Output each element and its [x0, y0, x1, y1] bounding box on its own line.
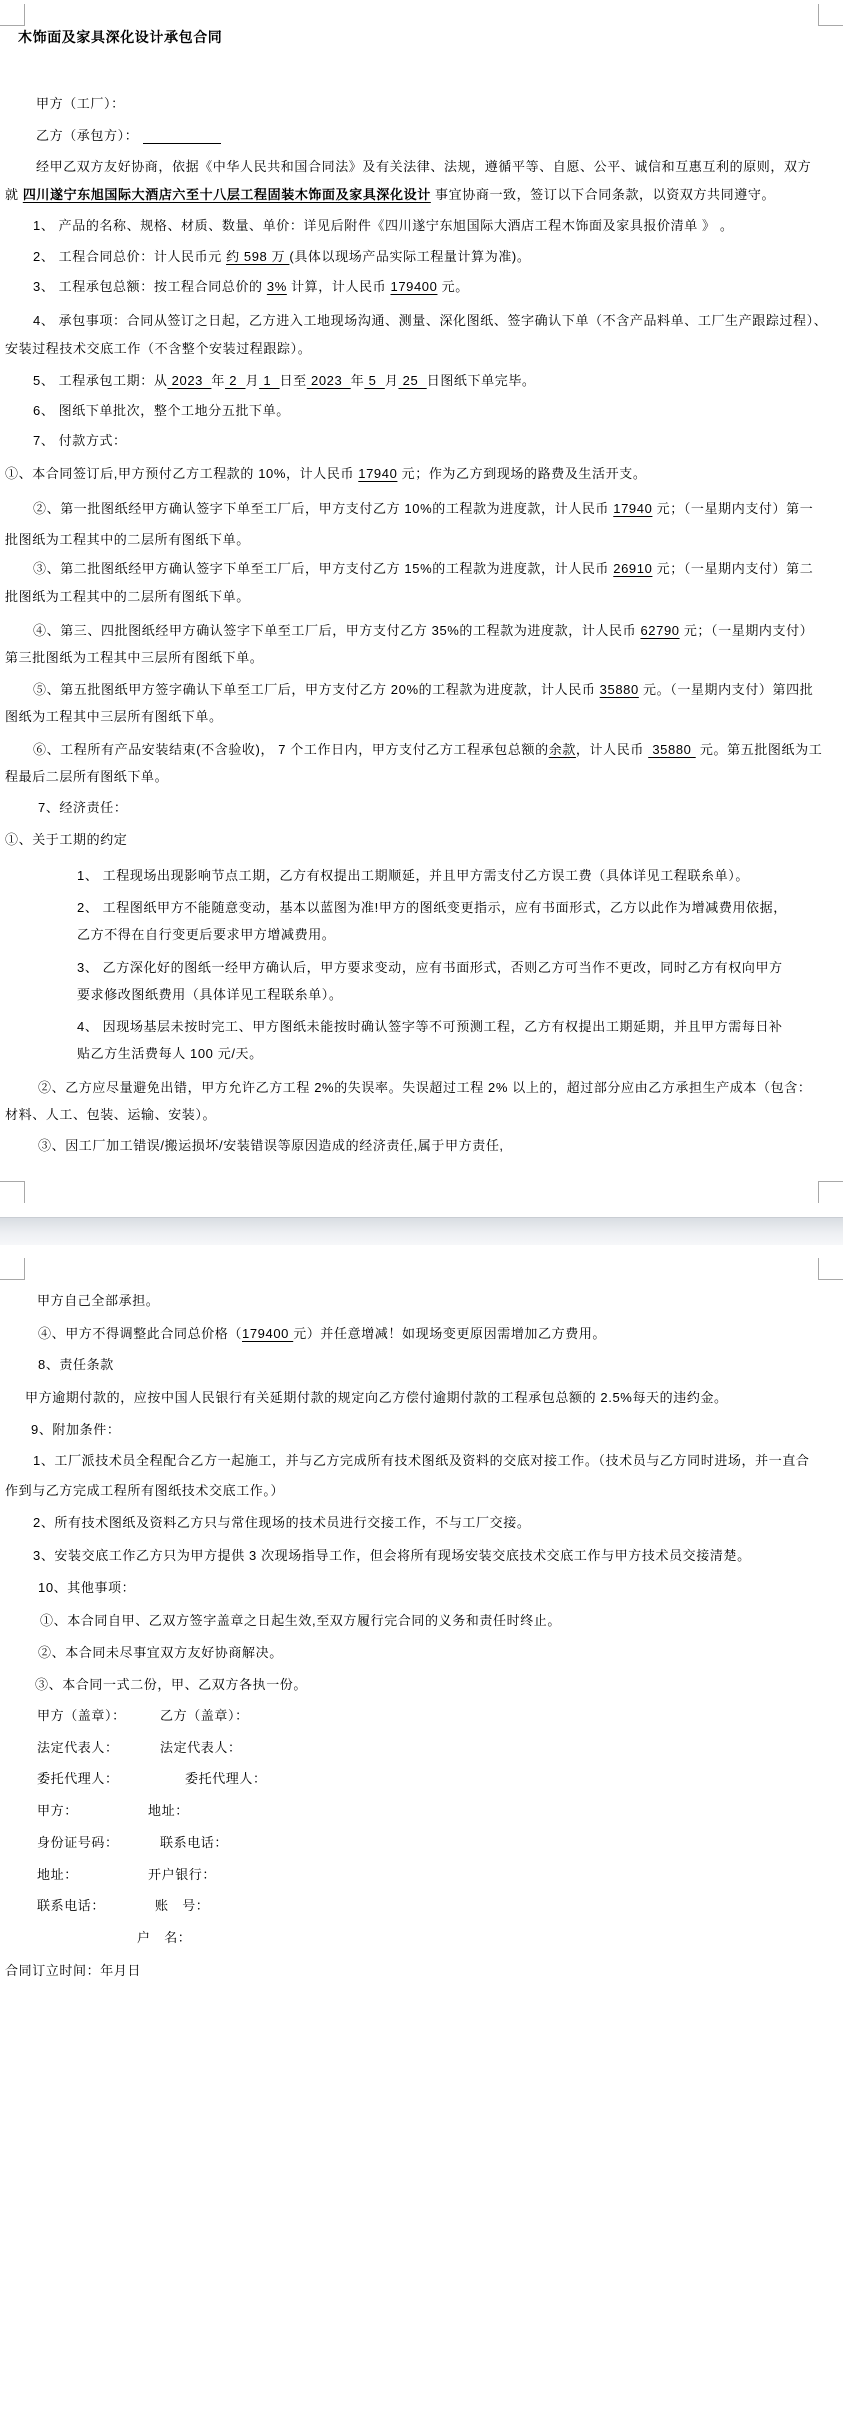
text-segment: 木饰面及家具深化设计承包合同 — [18, 29, 222, 45]
text-segment: 5、 工程承包工期：从 — [33, 373, 167, 388]
document-root: 木饰面及家具深化设计承包合同甲方（工厂）：乙方（承包方）： 经甲乙双方友好协商，… — [0, 0, 843, 2433]
text-segment: 7、经济责任： — [38, 800, 127, 815]
text-segment: 就 — [5, 187, 23, 202]
text-segment: 5 — [364, 373, 384, 388]
document-line: 要求修改图纸费用（具体详见工程联糸单）。 — [77, 986, 343, 1003]
document-line: 3、 工程承包总额：按工程合同总价的 3% 计算，计人民币 179400 元。 — [33, 278, 469, 295]
text-segment: 事宜协商一致，签订以下合同条款，以资双方共同遵守。 — [431, 187, 775, 202]
document-line: 乙方（盖章）： — [160, 1707, 249, 1724]
document-line: 安装过程技术交底工作（不含整个安装过程跟踪）。 — [5, 340, 311, 357]
document-line: 7、经济责任： — [38, 799, 127, 816]
document-line: 6、 图纸下单批次，整个工地分五批下单。 — [33, 402, 290, 419]
text-segment: ，计人民币 — [576, 742, 648, 757]
crop-mark-tr — [818, 4, 843, 26]
text-segment: 3、安装交底工作乙方只为甲方提供 3 次现场指导工作，但会将所有现场安装交底技术… — [33, 1548, 751, 1563]
text-segment: 计算，计人民币 — [287, 279, 391, 294]
text-segment: 1 — [259, 373, 279, 388]
text-segment: 17940 — [613, 501, 652, 516]
text-segment: 法定代表人： — [37, 1740, 119, 1755]
page-separator — [0, 1217, 843, 1246]
document-line: 就 四川遂宁东旭国际大酒店六至十八层工程固装木饰面及家具深化设计 事宜协商一致，… — [5, 186, 775, 203]
text-segment: 第三批图纸为工程其中三层所有图纸下单。 — [5, 650, 263, 665]
crop-mark-tl — [0, 1258, 25, 1280]
text-segment: 四川遂宁东旭国际大酒店六至十八层工程固装木饰面及家具深化设计 — [23, 187, 431, 202]
document-line: 材料、人工、包装、运输、安装）。 — [5, 1106, 216, 1123]
text-segment: ②、乙方应尽量避免出错，甲方允许乙方工程 2%的失误率。失误超过工程 2% 以上… — [38, 1080, 811, 1095]
text-segment: 户 名： — [137, 1930, 191, 1945]
document-line: ①、关于工期的约定 — [5, 831, 127, 848]
document-line: 3、安装交底工作乙方只为甲方提供 3 次现场指导工作，但会将所有现场安装交底技术… — [33, 1547, 751, 1564]
crop-mark-tl — [0, 4, 25, 26]
document-line: 8、责任条款 — [38, 1356, 114, 1373]
document-line: 账 号： — [155, 1897, 209, 1914]
document-line: 委托代理人： — [37, 1770, 119, 1787]
crop-mark-bl — [0, 1181, 25, 1203]
text-segment: 联系电话： — [37, 1898, 105, 1913]
text-segment: 9、附加条件： — [31, 1422, 120, 1437]
text-segment: 元；作为乙方到现场的路费及生活开支。 — [397, 466, 646, 481]
document-line: 1、工厂派技术员全程配合乙方一起施工，并与乙方完成所有技术图纸及资料的交底对接工… — [33, 1452, 810, 1469]
document-line: 7、 付款方式： — [33, 432, 127, 449]
text-segment: 2023 — [307, 373, 351, 388]
document-line: 4、 因现场基层未按时完工、甲方图纸未能按时确认签字等不可预测工程，乙方有权提出… — [77, 1018, 783, 1035]
text-segment: 批图纸为工程其中的二层所有图纸下单。 — [5, 532, 250, 547]
page-2: 甲方自己全部承担。④、甲方不得调整此合同总价格（179400 元）并任意增减！如… — [0, 1245, 843, 2433]
text-segment: 179400 — [242, 1326, 293, 1341]
text-segment: 62790 — [640, 623, 679, 638]
text-segment: 法定代表人： — [160, 1740, 242, 1755]
document-line: ④、甲方不得调整此合同总价格（179400 元）并任意增减！如现场变更原因需增加… — [38, 1325, 606, 1342]
text-segment: 委托代理人： — [185, 1771, 267, 1786]
text-segment: 元；（一星期内支付）第一 — [652, 501, 813, 516]
document-line: 批图纸为工程其中的二层所有图纸下单。 — [5, 588, 250, 605]
text-segment: ⑤、第五批图纸甲方签字确认下单至工厂后，甲方支付乙方 20%的工程款为进度款，计… — [33, 682, 600, 697]
document-line: 贴乙方生活费每人 100 元/天。 — [77, 1045, 263, 1062]
document-line: 甲方逾期付款的，应按中国人民银行有关延期付款的规定向乙方偿付逾期付款的工程承包总… — [25, 1389, 728, 1406]
document-line: 批图纸为工程其中的二层所有图纸下单。 — [5, 531, 250, 548]
document-line: ①、本合同自甲、乙双方签字盖章之日起生效,至双方履行完合同的义务和责任时终止。 — [40, 1612, 561, 1629]
document-line: 开户银行： — [148, 1866, 216, 1883]
text-segment: 约 598 万 — [226, 249, 289, 264]
document-line: 图纸为工程其中三层所有图纸下单。 — [5, 708, 223, 725]
document-line: 3、 乙方深化好的图纸一经甲方确认后，甲方要求变动，应有书面形式，否则乙方可当作… — [77, 959, 783, 976]
text-segment: 图纸为工程其中三层所有图纸下单。 — [5, 709, 223, 724]
text-segment: 经甲乙双方友好协商，依据《中华人民共和国合同法》及有关法律、法规，遵循平等、自愿… — [36, 159, 811, 174]
text-segment: 35880 — [600, 682, 639, 697]
underline-blank — [143, 130, 221, 144]
text-segment: 10、其他事项： — [38, 1580, 135, 1595]
text-segment: 甲方： — [37, 1803, 78, 1818]
text-segment: ③、因工厂加工错误/搬运损坏/安装错误等原因造成的经济责任,属于甲方责任, — [38, 1138, 504, 1153]
text-segment: 身份证号码： — [37, 1835, 119, 1850]
text-segment: ⑥、工程所有产品安装结束(不含验收)， 7 个工作日内，甲方支付乙方工程承包总额… — [33, 742, 549, 757]
page-title: 木饰面及家具深化设计承包合同 — [18, 29, 222, 46]
text-segment: 日图纸下单完毕。 — [427, 373, 536, 388]
text-segment: 甲方（盖章）： — [37, 1708, 126, 1723]
text-segment: 甲方（工厂）： — [36, 96, 125, 111]
crop-mark-tr — [818, 1258, 843, 1280]
text-segment: ②、第一批图纸经甲方确认签字下单至工厂后，甲方支付乙方 10%的工程款为进度款，… — [33, 501, 613, 516]
text-segment: ①、关于工期的约定 — [5, 832, 127, 847]
document-line: 户 名： — [137, 1929, 191, 1946]
document-line: ③、第二批图纸经甲方确认签字下单至工厂后，甲方支付乙方 15%的工程款为进度款，… — [33, 560, 813, 577]
text-segment: 8、责任条款 — [38, 1357, 114, 1372]
document-line: ⑥、工程所有产品安装结束(不含验收)， 7 个工作日内，甲方支付乙方工程承包总额… — [33, 741, 822, 758]
document-line: 10、其他事项： — [38, 1579, 135, 1596]
document-line: 1、 产品的名称、规格、材质、数量、单价：详见后附件《四川遂宁东旭国际大酒店工程… — [33, 217, 733, 234]
document-line: ③、因工厂加工错误/搬运损坏/安装错误等原因造成的经济责任,属于甲方责任, — [38, 1137, 504, 1154]
text-segment: 2、 工程合同总价：计人民币元 — [33, 249, 226, 264]
document-line: 第三批图纸为工程其中三层所有图纸下单。 — [5, 649, 263, 666]
document-line: 法定代表人： — [160, 1739, 242, 1756]
document-line: 联系电话： — [160, 1834, 228, 1851]
document-line: 2、所有技术图纸及资料乙方只与常住现场的技术员进行交接工作，不与工厂交接。 — [33, 1514, 530, 1531]
text-segment: 账 号： — [155, 1898, 209, 1913]
document-line: ②、本合同未尽事宜双方友好协商解决。 — [38, 1644, 283, 1661]
text-segment: 地址： — [37, 1867, 78, 1882]
text-segment: 安装过程技术交底工作（不含整个安装过程跟踪）。 — [5, 341, 311, 356]
text-segment: 委托代理人： — [37, 1771, 119, 1786]
text-segment: 年 — [351, 373, 365, 388]
document-line: ②、乙方应尽量避免出错，甲方允许乙方工程 2%的失误率。失误超过工程 2% 以上… — [38, 1079, 811, 1096]
document-line: 1、 工程现场出现影响节点工期，乙方有权提出工期顺延，并且甲方需支付乙方误工费（… — [77, 867, 749, 884]
text-segment: 甲方自己全部承担。 — [37, 1293, 159, 1308]
text-segment: 元。 — [437, 279, 468, 294]
text-segment: ②、本合同未尽事宜双方友好协商解决。 — [38, 1645, 283, 1660]
text-segment: ③、第二批图纸经甲方确认签字下单至工厂后，甲方支付乙方 15%的工程款为进度款，… — [33, 561, 613, 576]
document-line: 2、 工程图纸甲方不能随意变动，基本以蓝图为准!甲方的图纸变更指示，应有书面形式… — [77, 899, 787, 916]
text-segment: 要求修改图纸费用（具体详见工程联糸单）。 — [77, 987, 343, 1002]
crop-mark-br — [818, 1181, 843, 1203]
text-segment: 余款 — [549, 742, 576, 757]
text-segment: 25 — [398, 373, 426, 388]
document-line: 作到与乙方完成工程所有图纸技术交底工作。） — [5, 1482, 284, 1499]
text-segment: 7、 付款方式： — [33, 433, 127, 448]
document-line: 甲方（盖章）： — [37, 1707, 126, 1724]
text-segment: 2 — [225, 373, 245, 388]
text-segment: 179400 — [390, 279, 437, 294]
text-segment: 1、 产品的名称、规格、材质、数量、单价：详见后附件《四川遂宁东旭国际大酒店工程… — [33, 218, 733, 233]
text-segment: 批图纸为工程其中的二层所有图纸下单。 — [5, 589, 250, 604]
document-line: 乙方（承包方）： — [36, 127, 221, 144]
text-segment: 1、 工程现场出现影响节点工期，乙方有权提出工期顺延，并且甲方需支付乙方误工费（… — [77, 868, 749, 883]
text-segment: (具体以现场产品实际工程量计算为准)。 — [289, 249, 530, 264]
text-segment: 4、 承包事项：合同从签订之日起，乙方进入工地现场沟通、测量、深化图纸、签字确认… — [33, 313, 827, 328]
document-line: 4、 承包事项：合同从签订之日起，乙方进入工地现场沟通、测量、深化图纸、签字确认… — [33, 312, 827, 329]
document-line: 合同订立时间：年月日 — [5, 1962, 141, 1979]
text-segment: 乙方不得在自行变更后要求甲方增减费用。 — [77, 927, 335, 942]
document-line: 地址： — [148, 1802, 189, 1819]
document-line: 2、 工程合同总价：计人民币元 约 598 万 (具体以现场产品实际工程量计算为… — [33, 248, 530, 265]
text-segment: 材料、人工、包装、运输、安装）。 — [5, 1107, 216, 1122]
text-segment: ④、甲方不得调整此合同总价格（ — [38, 1326, 242, 1341]
text-segment: 17940 — [358, 466, 397, 481]
document-line: 委托代理人： — [185, 1770, 267, 1787]
document-line: 程最后二层所有图纸下单。 — [5, 768, 168, 785]
text-segment: 年 — [211, 373, 225, 388]
text-segment: 乙方（盖章）： — [160, 1708, 249, 1723]
document-line: 甲方自己全部承担。 — [37, 1292, 159, 1309]
text-segment: 地址： — [148, 1803, 189, 1818]
document-line: 甲方： — [37, 1802, 78, 1819]
document-line: ④、第三、四批图纸经甲方确认签字下单至工厂后，甲方支付乙方 35%的工程款为进度… — [33, 622, 813, 639]
text-segment: 元；（一星期内支付） — [680, 623, 814, 638]
text-segment: 元；（一星期内支付）第二 — [652, 561, 813, 576]
document-line: 甲方（工厂）： — [36, 95, 125, 112]
text-segment: ①、本合同自甲、乙双方签字盖章之日起生效,至双方履行完合同的义务和责任时终止。 — [40, 1613, 561, 1628]
text-segment: ④、第三、四批图纸经甲方确认签字下单至工厂后，甲方支付乙方 35%的工程款为进度… — [33, 623, 640, 638]
document-line: 地址： — [37, 1866, 78, 1883]
text-segment: 甲方逾期付款的，应按中国人民银行有关延期付款的规定向乙方偿付逾期付款的工程承包总… — [25, 1390, 728, 1405]
text-segment: 3% — [267, 279, 287, 294]
text-segment: 3、 乙方深化好的图纸一经甲方确认后，甲方要求变动，应有书面形式，否则乙方可当作… — [77, 960, 783, 975]
text-segment: 月 — [385, 373, 399, 388]
document-line: 5、 工程承包工期：从 2023 年 2 月 1 日至 2023 年 5 月 2… — [33, 372, 536, 389]
text-segment: 开户银行： — [148, 1867, 216, 1882]
document-line: 乙方不得在自行变更后要求甲方增减费用。 — [77, 926, 335, 943]
text-segment: ①、本合同签订后,甲方预付乙方工程款的 10%，计人民币 — [5, 466, 358, 481]
text-segment: 2、 工程图纸甲方不能随意变动，基本以蓝图为准!甲方的图纸变更指示，应有书面形式… — [77, 900, 787, 915]
text-segment: 2023 — [167, 373, 211, 388]
document-line: 联系电话： — [37, 1897, 105, 1914]
text-segment: ③、本合同一式二份，甲、乙双方各执一份。 — [35, 1677, 307, 1692]
text-segment: 26910 — [613, 561, 652, 576]
text-segment: 6、 图纸下单批次，整个工地分五批下单。 — [33, 403, 290, 418]
text-segment: 合同订立时间：年月日 — [5, 1963, 141, 1978]
text-segment: 2、所有技术图纸及资料乙方只与常住现场的技术员进行交接工作，不与工厂交接。 — [33, 1515, 530, 1530]
document-line: 9、附加条件： — [31, 1421, 120, 1438]
text-segment: 乙方（承包方）： — [36, 128, 143, 143]
text-segment: 3、 工程承包总额：按工程合同总价的 — [33, 279, 267, 294]
document-line: ②、第一批图纸经甲方确认签字下单至工厂后，甲方支付乙方 10%的工程款为进度款，… — [33, 500, 813, 517]
text-segment: 贴乙方生活费每人 100 元/天。 — [77, 1046, 263, 1061]
text-segment: 作到与乙方完成工程所有图纸技术交底工作。） — [5, 1483, 284, 1498]
text-segment: 35880 — [648, 742, 696, 757]
document-line: 身份证号码： — [37, 1834, 119, 1851]
text-segment: 元。第五批图纸为工 — [696, 742, 823, 757]
text-segment: 月 — [246, 373, 260, 388]
text-segment: 4、 因现场基层未按时完工、甲方图纸未能按时确认签字等不可预测工程，乙方有权提出… — [77, 1019, 783, 1034]
text-segment: 1、工厂派技术员全程配合乙方一起施工，并与乙方完成所有技术图纸及资料的交底对接工… — [33, 1453, 810, 1468]
document-line: ③、本合同一式二份，甲、乙双方各执一份。 — [35, 1676, 307, 1693]
document-line: 经甲乙双方友好协商，依据《中华人民共和国合同法》及有关法律、法规，遵循平等、自愿… — [36, 158, 811, 175]
text-segment: 联系电话： — [160, 1835, 228, 1850]
text-segment: 日至 — [280, 373, 307, 388]
document-line: ⑤、第五批图纸甲方签字确认下单至工厂后，甲方支付乙方 20%的工程款为进度款，计… — [33, 681, 813, 698]
page-1: 木饰面及家具深化设计承包合同甲方（工厂）：乙方（承包方）： 经甲乙双方友好协商，… — [0, 0, 843, 1217]
text-segment: 元）并任意增减！如现场变更原因需增加乙方费用。 — [293, 1326, 606, 1341]
text-segment: 元。（一星期内支付）第四批 — [639, 682, 814, 697]
document-line: ①、本合同签订后,甲方预付乙方工程款的 10%，计人民币 17940 元；作为乙… — [5, 465, 646, 482]
document-line: 法定代表人： — [37, 1739, 119, 1756]
text-segment: 程最后二层所有图纸下单。 — [5, 769, 168, 784]
